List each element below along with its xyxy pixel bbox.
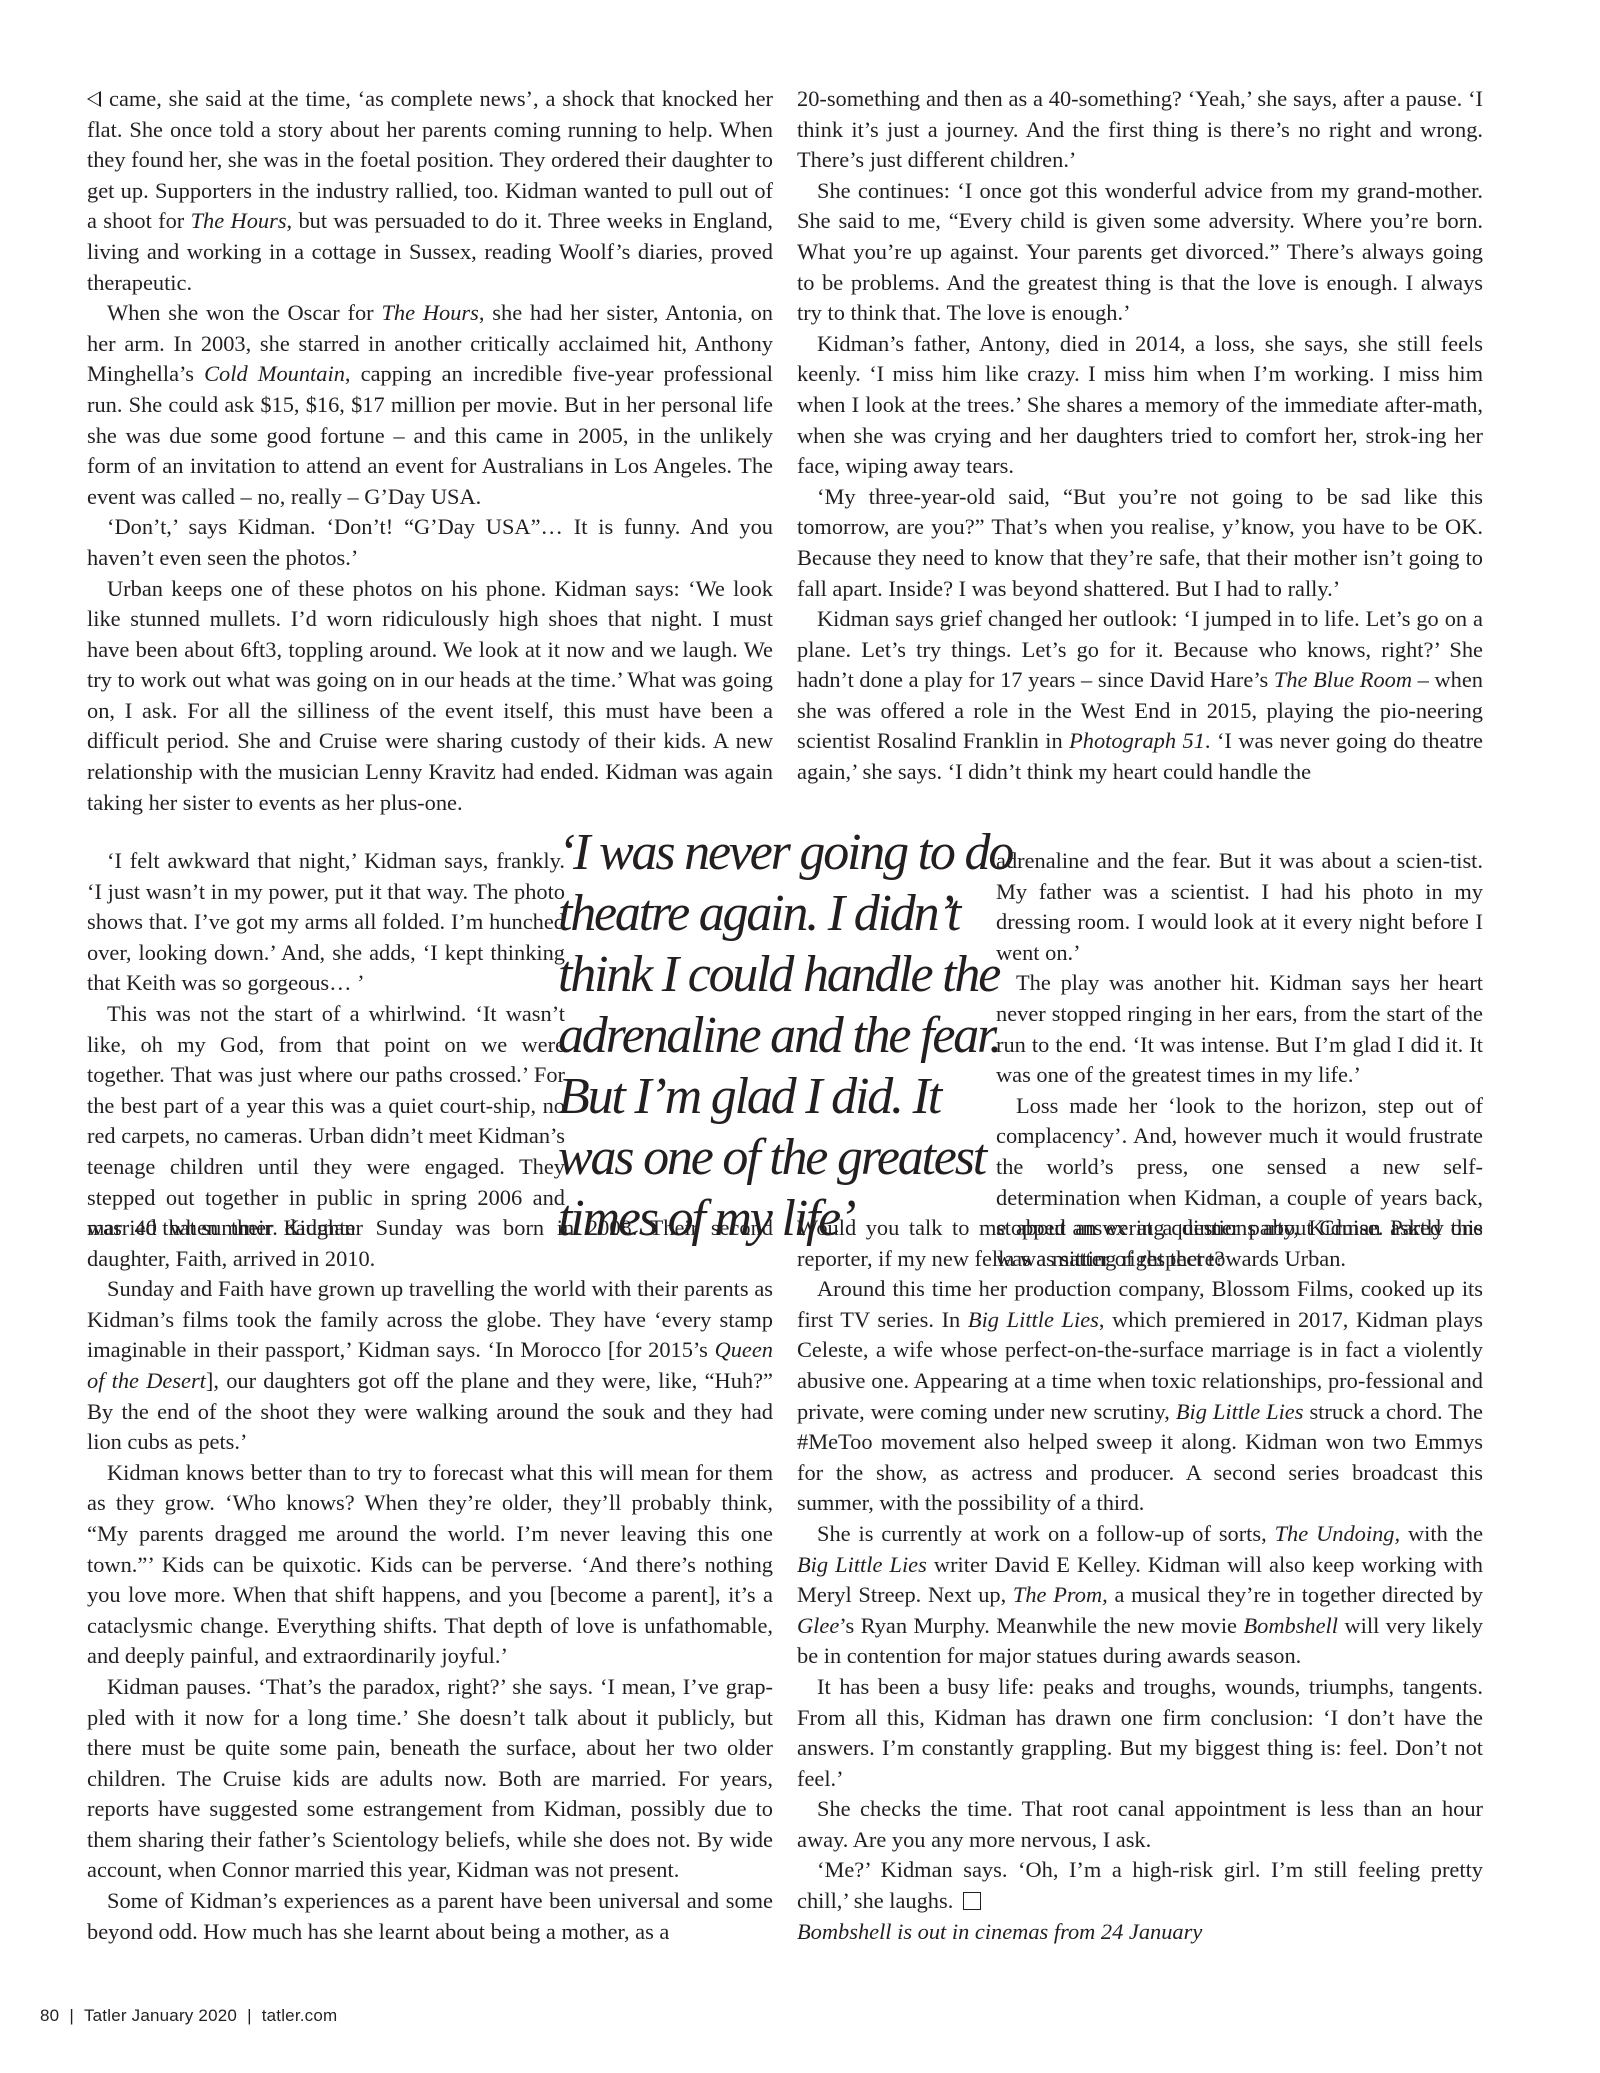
article-paragraph: Some of Kidman’s experiences as a parent…	[87, 1886, 773, 1947]
article-paragraph: Kidman knows better than to try to forec…	[87, 1458, 773, 1672]
article-paragraph: ‘Don’t,’ says Kidman. ‘Don’t! “G’Day USA…	[87, 512, 773, 573]
footer-separator: |	[247, 2006, 252, 2026]
article-paragraph: Urban keeps one of these photos on his p…	[87, 574, 773, 819]
magazine-page: came, she said at the time, ‘as complete…	[0, 0, 1600, 2073]
title-italic: The Blue Room	[1274, 667, 1412, 692]
article-paragraph: When she won the Oscar for The Hours, sh…	[87, 298, 773, 512]
pull-quote-line: theatre again. I didn’t	[558, 883, 978, 944]
article-paragraph: She is currently at work on a follow-up …	[797, 1519, 1483, 1672]
title-italic: Bombshell	[1243, 1613, 1338, 1638]
title-italic: Cold Mountain	[204, 361, 345, 386]
article-paragraph: Kidman says grief changed her outlook: ‘…	[797, 604, 1483, 788]
article-paragraph: Around this time her production company,…	[797, 1274, 1483, 1519]
website-link[interactable]: tatler.com	[262, 2006, 338, 2025]
article-paragraph: ‘Me?’ Kidman says. ‘Oh, I’m a high-risk …	[797, 1855, 1483, 1916]
page-footer: 80|Tatler January 2020|tatler.com	[40, 2006, 337, 2026]
title-italic: Big Little Lies	[968, 1307, 1099, 1332]
title-italic: The Hours	[381, 300, 478, 325]
pull-quote-line: was one of the greatest	[558, 1127, 978, 1188]
pull-quote-line: adrenaline and the fear.	[558, 1005, 978, 1066]
pull-quote: ‘I was never going to do theatre again. …	[558, 822, 978, 1249]
article-paragraph: ‘I felt awkward that night,’ Kidman says…	[87, 846, 565, 999]
title-italic: The Undoing,	[1275, 1521, 1400, 1546]
page-number: 80	[40, 2006, 59, 2025]
article-paragraph: adrenaline and the fear. But it was abou…	[996, 846, 1483, 968]
article-column-right-bottom: Would you talk to me about an ex at a di…	[797, 1213, 1483, 1947]
film-release-credit: Bombshell is out in cinemas from 24 Janu…	[797, 1917, 1483, 1948]
title-italic: Big Little Lies	[1176, 1399, 1304, 1424]
title-italic: The Hours	[191, 208, 287, 233]
publication-issue: Tatler January 2020	[84, 2006, 237, 2025]
pull-quote-line: But I’m glad I did. It	[558, 1066, 978, 1127]
article-paragraph: Kidman pauses. ‘That’s the paradox, righ…	[87, 1672, 773, 1886]
article-paragraph: The play was another hit. Kidman says he…	[996, 968, 1483, 1090]
title-italic: Big Little Lies	[797, 1552, 927, 1577]
article-column-left-wrap: ‘I felt awkward that night,’ Kidman says…	[87, 846, 565, 1244]
title-italic: Queen of the Desert	[87, 1337, 773, 1393]
pull-quote-line: times of my life’	[558, 1188, 978, 1249]
article-paragraph: It has been a busy life: peaks and troug…	[797, 1672, 1483, 1794]
title-italic: Glee	[797, 1613, 839, 1638]
article-paragraph: Kidman’s father, Antony, died in 2014, a…	[797, 329, 1483, 482]
article-column-left-top: came, she said at the time, ‘as complete…	[87, 84, 773, 818]
article-paragraph: ‘My three-year-old said, “But you’re not…	[797, 482, 1483, 604]
pull-quote-line: ‘I was never going to do	[558, 822, 978, 883]
article-paragraph: She checks the time. That root canal app…	[797, 1794, 1483, 1855]
end-of-article-square-icon	[963, 1892, 981, 1910]
article-column-left-bottom: was 40 when their daughter Sunday was bo…	[87, 1213, 773, 1947]
article-paragraph: 20-something and then as a 40-something?…	[797, 84, 1483, 176]
pull-quote-line: think I could handle the	[558, 944, 978, 1005]
article-column-right-wrap: adrenaline and the fear. But it was abou…	[996, 846, 1483, 1274]
article-column-right-top: 20-something and then as a 40-something?…	[797, 84, 1483, 788]
title-italic: Photograph 51	[1069, 728, 1205, 753]
title-italic: The Prom,	[1013, 1582, 1108, 1607]
article-paragraph: Sunday and Faith have grown up travellin…	[87, 1274, 773, 1458]
article-paragraph: She continues: ‘I once got this wonderfu…	[797, 176, 1483, 329]
footer-separator: |	[69, 2006, 74, 2026]
article-paragraph: This was not the start of a whirlwind. ‘…	[87, 999, 565, 1244]
continued-arrow-icon	[87, 91, 101, 107]
article-paragraph: came, she said at the time, ‘as complete…	[87, 84, 773, 298]
